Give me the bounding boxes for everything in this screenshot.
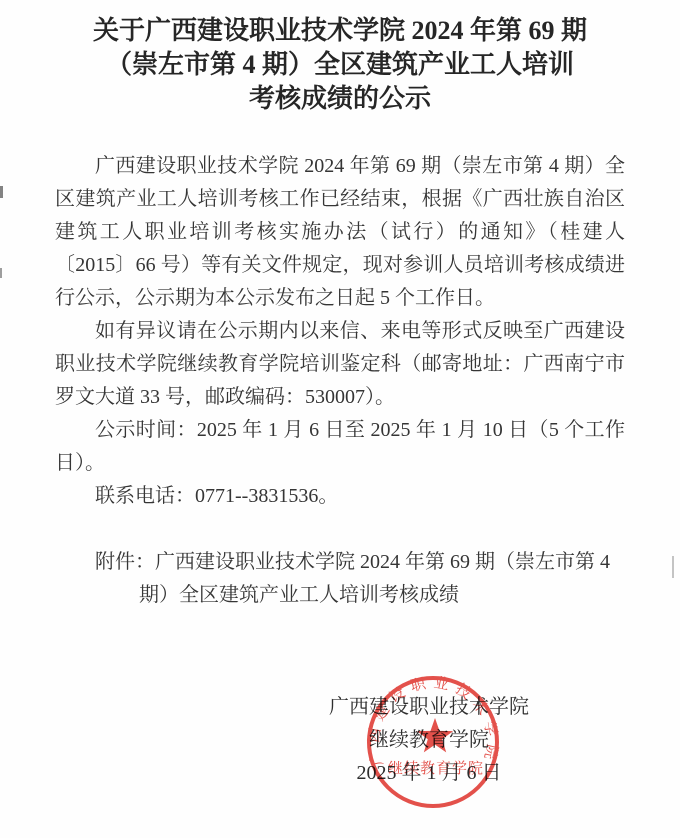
paragraph-intro: 广西建设职业技术学院 2024 年第 69 期（崇左市第 4 期）全区建筑产业工… bbox=[55, 150, 625, 315]
paragraph-objection: 如有异议请在公示期内以来信、来电等形式反映至广西建设职业技术学院继续教育学院培训… bbox=[55, 315, 625, 414]
title-line-3: 考核成绩的公示 bbox=[0, 82, 680, 116]
notice-document-page: 关于广西建设职业技术学院 2024 年第 69 期 （崇左市第 4 期）全区建筑… bbox=[0, 0, 680, 838]
document-body: 广西建设职业技术学院 2024 年第 69 期（崇左市第 4 期）全区建筑产业工… bbox=[55, 150, 625, 612]
document-title: 关于广西建设职业技术学院 2024 年第 69 期 （崇左市第 4 期）全区建筑… bbox=[0, 0, 680, 116]
title-line-2: （崇左市第 4 期）全区建筑产业工人培训 bbox=[0, 48, 680, 82]
signature-block: 广西建设职业技术学院 继续教育学院 2025 年 1 月 6 日 bbox=[299, 691, 559, 790]
attachment-text: 广西建设职业技术学院 2024 年第 69 期（崇左市第 4 期）全区建筑产业工… bbox=[139, 551, 610, 606]
title-line-1: 关于广西建设职业技术学院 2024 年第 69 期 bbox=[0, 14, 680, 48]
scan-artifact-left-bottom bbox=[0, 268, 2, 278]
signature-org-line1: 广西建设职业技术学院 bbox=[299, 691, 559, 724]
scan-artifact-left-top bbox=[0, 186, 3, 198]
paragraph-publicity-period: 公示时间：2025 年 1 月 6 日至 2025 年 1 月 10 日（5 个… bbox=[55, 414, 625, 480]
attachment-line: 附件：广西建设职业技术学院 2024 年第 69 期（崇左市第 4 期）全区建筑… bbox=[55, 546, 625, 612]
paragraph-contact-phone: 联系电话：0771--3831536。 bbox=[55, 480, 625, 513]
signature-org-line2: 继续教育学院 bbox=[299, 724, 559, 757]
signature-date: 2025 年 1 月 6 日 bbox=[299, 757, 559, 790]
attachment-label: 附件： bbox=[95, 551, 155, 573]
scan-artifact-right-edge bbox=[672, 556, 674, 578]
